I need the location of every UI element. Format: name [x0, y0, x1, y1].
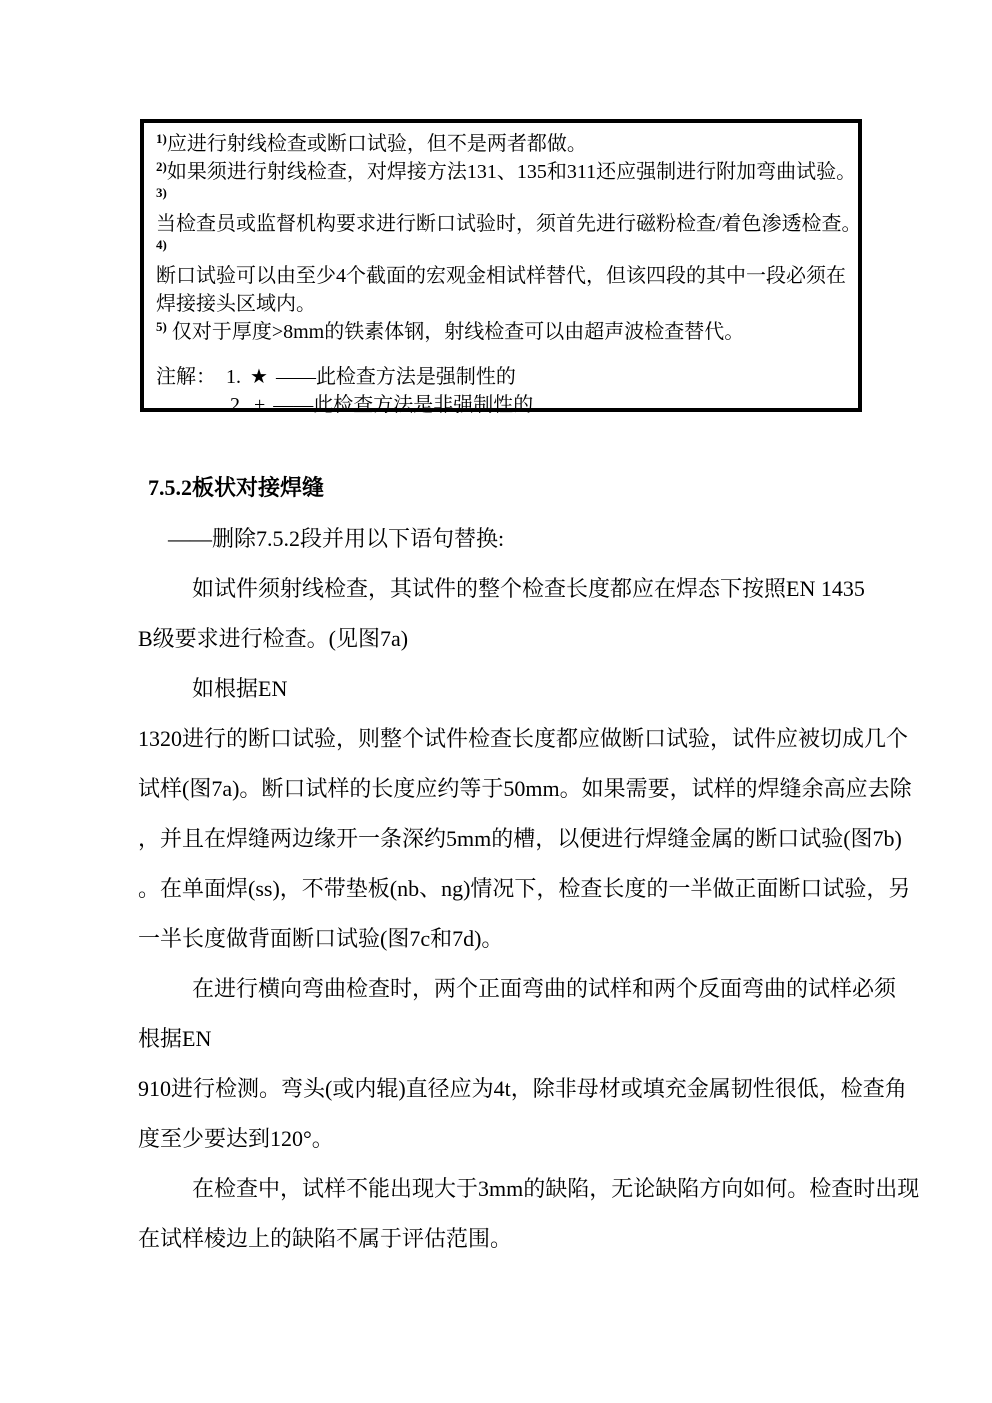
note-dash: —— — [276, 366, 316, 388]
footnote-superscript: 1) — [156, 132, 167, 145]
body-line: 。在单面焊(ss)，不带垫板(nb、ng)情况下，检查长度的一半做正面断口试验，… — [138, 864, 868, 914]
body-line: ，并且在焊缝两边缘开一条深约5mm的槽，以便进行焊缝金属的断口试验(图7b) — [138, 814, 868, 864]
note-number: 2. — [230, 394, 245, 416]
footnote-superscript: 5) — [156, 320, 167, 333]
body-line: 910进行检测。弯头(或内辊)直径应为4t，除非母材或填充金属韧性很低，检查角 — [138, 1064, 868, 1114]
body-line: 试样(图7a)。断口试样的长度应约等于50mm。如果需要，试样的焊缝余高应去除 — [138, 764, 868, 814]
body-line: ——删除7.5.2段并用以下语句替换: — [138, 514, 868, 564]
note-text: 此检查方法是强制性的 — [316, 366, 516, 388]
footnote-superscript: 3) — [156, 186, 167, 199]
document-page: 1)应进行射线检查或断口试验，但不是两者都做。 2)如果须进行射线检查，对焊接方… — [0, 0, 992, 1403]
body-line: 一半长度做背面断口试验(图7c和7d)。 — [138, 914, 868, 964]
footnote-line: 1)应进行射线检查或断口试验，但不是两者都做。 — [156, 130, 850, 158]
footnote-line: 3) — [156, 186, 850, 210]
notes-label: 注解： — [156, 366, 216, 388]
plus-icon: + — [254, 394, 265, 416]
footnote-text: 断口试验可以由至少4个截面的宏观金相试样替代，但该四段的其中一段必须在 — [156, 265, 846, 287]
footnote-line: 焊接接头区域内。 — [156, 290, 850, 318]
footnote-text: 焊接接头区域内。 — [156, 293, 316, 315]
footnote-text: 当检查员或监督机构要求进行断口试验时，须首先进行磁粉检查/着色渗透检查。 — [156, 213, 862, 235]
body-line: 1320进行的断口试验，则整个试件检查长度都应做断口试验，试件应被切成几个 — [138, 714, 868, 764]
footnote-line: 5) 仅对于厚度>8mm的铁素体钢，射线检查可以由超声波检查替代。 — [156, 318, 850, 346]
footnote-text: 仅对于厚度>8mm的铁素体钢，射线检查可以由超声波检查替代。 — [167, 321, 744, 343]
note-number: 1. — [226, 366, 241, 388]
body-line: 在进行横向弯曲检查时，两个正面弯曲的试样和两个反面弯曲的试样必须 — [138, 964, 868, 1014]
note-text: 此检查方法是非强制性的 — [313, 394, 533, 416]
notes-block: 注解：1.★——此检查方法是强制性的 2.+——此检查方法是非强制性的 — [156, 363, 850, 419]
note-item: 注解：1.★——此检查方法是强制性的 — [156, 363, 850, 391]
body-line: 如试件须射线检查，其试件的整个检查长度都应在焊态下按照EN 1435 — [138, 564, 868, 614]
footnote-text: 如果须进行射线检查，对焊接方法131、135和311还应强制进行附加弯曲试验。 — [167, 161, 856, 183]
star-icon: ★ — [250, 366, 268, 388]
footnote-box: 1)应进行射线检查或断口试验，但不是两者都做。 2)如果须进行射线检查，对焊接方… — [140, 119, 862, 412]
footnote-line: 4) — [156, 238, 850, 262]
footnote-line: 断口试验可以由至少4个截面的宏观金相试样替代，但该四段的其中一段必须在 — [156, 262, 850, 290]
body-line: 在检查中，试样不能出现大于3mm的缺陷，无论缺陷方向如何。检查时出现 — [138, 1164, 868, 1214]
footnote-superscript: 2) — [156, 160, 167, 173]
footnote-line: 2)如果须进行射线检查，对焊接方法131、135和311还应强制进行附加弯曲试验… — [156, 158, 850, 186]
section-heading: 7.5.2板状对接焊缝 — [138, 462, 868, 514]
footnote-line: 当检查员或监督机构要求进行断口试验时，须首先进行磁粉检查/着色渗透检查。 — [156, 210, 850, 238]
footnote-superscript: 4) — [156, 238, 167, 251]
note-dash: —— — [273, 394, 313, 416]
note-item: 2.+——此检查方法是非强制性的 — [156, 391, 850, 419]
footnote-text: 应进行射线检查或断口试验，但不是两者都做。 — [167, 133, 587, 155]
body-line: B级要求进行检查。(见图7a) — [138, 614, 868, 664]
section-7-5-2: 7.5.2板状对接焊缝 ——删除7.5.2段并用以下语句替换: 如试件须射线检查… — [138, 462, 868, 1264]
body-line: 根据EN — [138, 1014, 868, 1064]
body-line: 如根据EN — [138, 664, 868, 714]
body-line: 度至少要达到120°。 — [138, 1114, 868, 1164]
body-line: 在试样棱边上的缺陷不属于评估范围。 — [138, 1214, 868, 1264]
